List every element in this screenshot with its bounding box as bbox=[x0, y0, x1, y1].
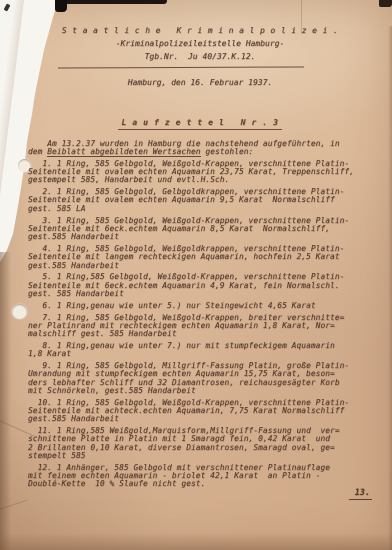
list-item-7: 7. 1 Ring, 585 Gelbgold, Weißgold-Krappe… bbox=[28, 314, 372, 339]
document-scan: S t a a t l i c h e K r i m i n a l p o … bbox=[0, 0, 392, 550]
list-item-1: 1. 1 Ring, 585 Gelbgold, Weißgold-Krappe… bbox=[28, 160, 372, 185]
punch-hole-icon bbox=[12, 304, 27, 319]
speck-mark bbox=[4, 3, 11, 11]
binding-mark-top bbox=[55, 0, 167, 4]
letterhead-divider bbox=[58, 66, 304, 68]
place-date-line: Hamburg, den 16. Februar 1937. bbox=[28, 76, 372, 89]
underlined-phrase: Beiblatt abgebildeten Wertsachen bbox=[47, 147, 200, 158]
binding-tab-mark bbox=[55, 0, 67, 12]
list-item-8: 8. 1 Ring,genau wie unter 7.) nur mit st… bbox=[28, 342, 372, 359]
letterhead-ref-number: Tgb.Nr. Ju 40/37.K.12. bbox=[28, 50, 372, 63]
paper-right-edge-shadow bbox=[388, 26, 392, 550]
intro-text-post: gestohlen: bbox=[201, 147, 254, 156]
paper-bottom-edge-shadow bbox=[0, 533, 392, 550]
letterhead-office: -Kriminalpolizeileitstelle Hamburg- bbox=[28, 37, 372, 50]
list-item-10: 10. 1 Ring, 585 Gelbgold, Weißgold-Krapp… bbox=[28, 399, 372, 424]
letterhead-agency: S t a a t l i c h e K r i m i n a l p o … bbox=[28, 24, 372, 37]
document-body: Am 13.2.37 wurden in Hamburg die nachste… bbox=[28, 140, 372, 489]
list-item-12: 12. 1 Anhänger, 585 Gelbgold mit verschn… bbox=[28, 464, 372, 489]
list-item-2: 2. 1 Ring, 585 Gelbgold, Gelbgoldkrappen… bbox=[28, 188, 372, 213]
list-item-9: 9. 1 Ring, 585 Gelbgold, Millgriff-Fassu… bbox=[28, 362, 372, 395]
typewritten-content: S t a a t l i c h e K r i m i n a l p o … bbox=[28, 24, 372, 489]
page-title: L a u f z e t t e l N r . 3 bbox=[118, 118, 281, 130]
page-number: 13. bbox=[349, 488, 372, 500]
corner-mark-top-right bbox=[379, 0, 392, 7]
list-item-3: 3. 1 Ring, 585 Gelbgold, Weißgold-Krappe… bbox=[28, 217, 372, 242]
list-item-11: 11. 1 Ring,585 Weißgold,Marquisform,Mill… bbox=[28, 427, 372, 460]
intro-paragraph: Am 13.2.37 wurden in Hamburg die nachste… bbox=[28, 140, 372, 157]
list-item-5: 5. 1 Ring,585 Gelbgold, Weißgold-Krappen… bbox=[28, 273, 372, 298]
list-item-6: 6. 1 Ring,genau wie unter 5.) nur Steing… bbox=[28, 302, 372, 310]
list-item-4: 4. 1 Ring, 585 Gelbgold, Weißgoldkrappen… bbox=[28, 245, 372, 270]
title-row: L a u f z e t t e l N r . 3 bbox=[28, 110, 372, 130]
